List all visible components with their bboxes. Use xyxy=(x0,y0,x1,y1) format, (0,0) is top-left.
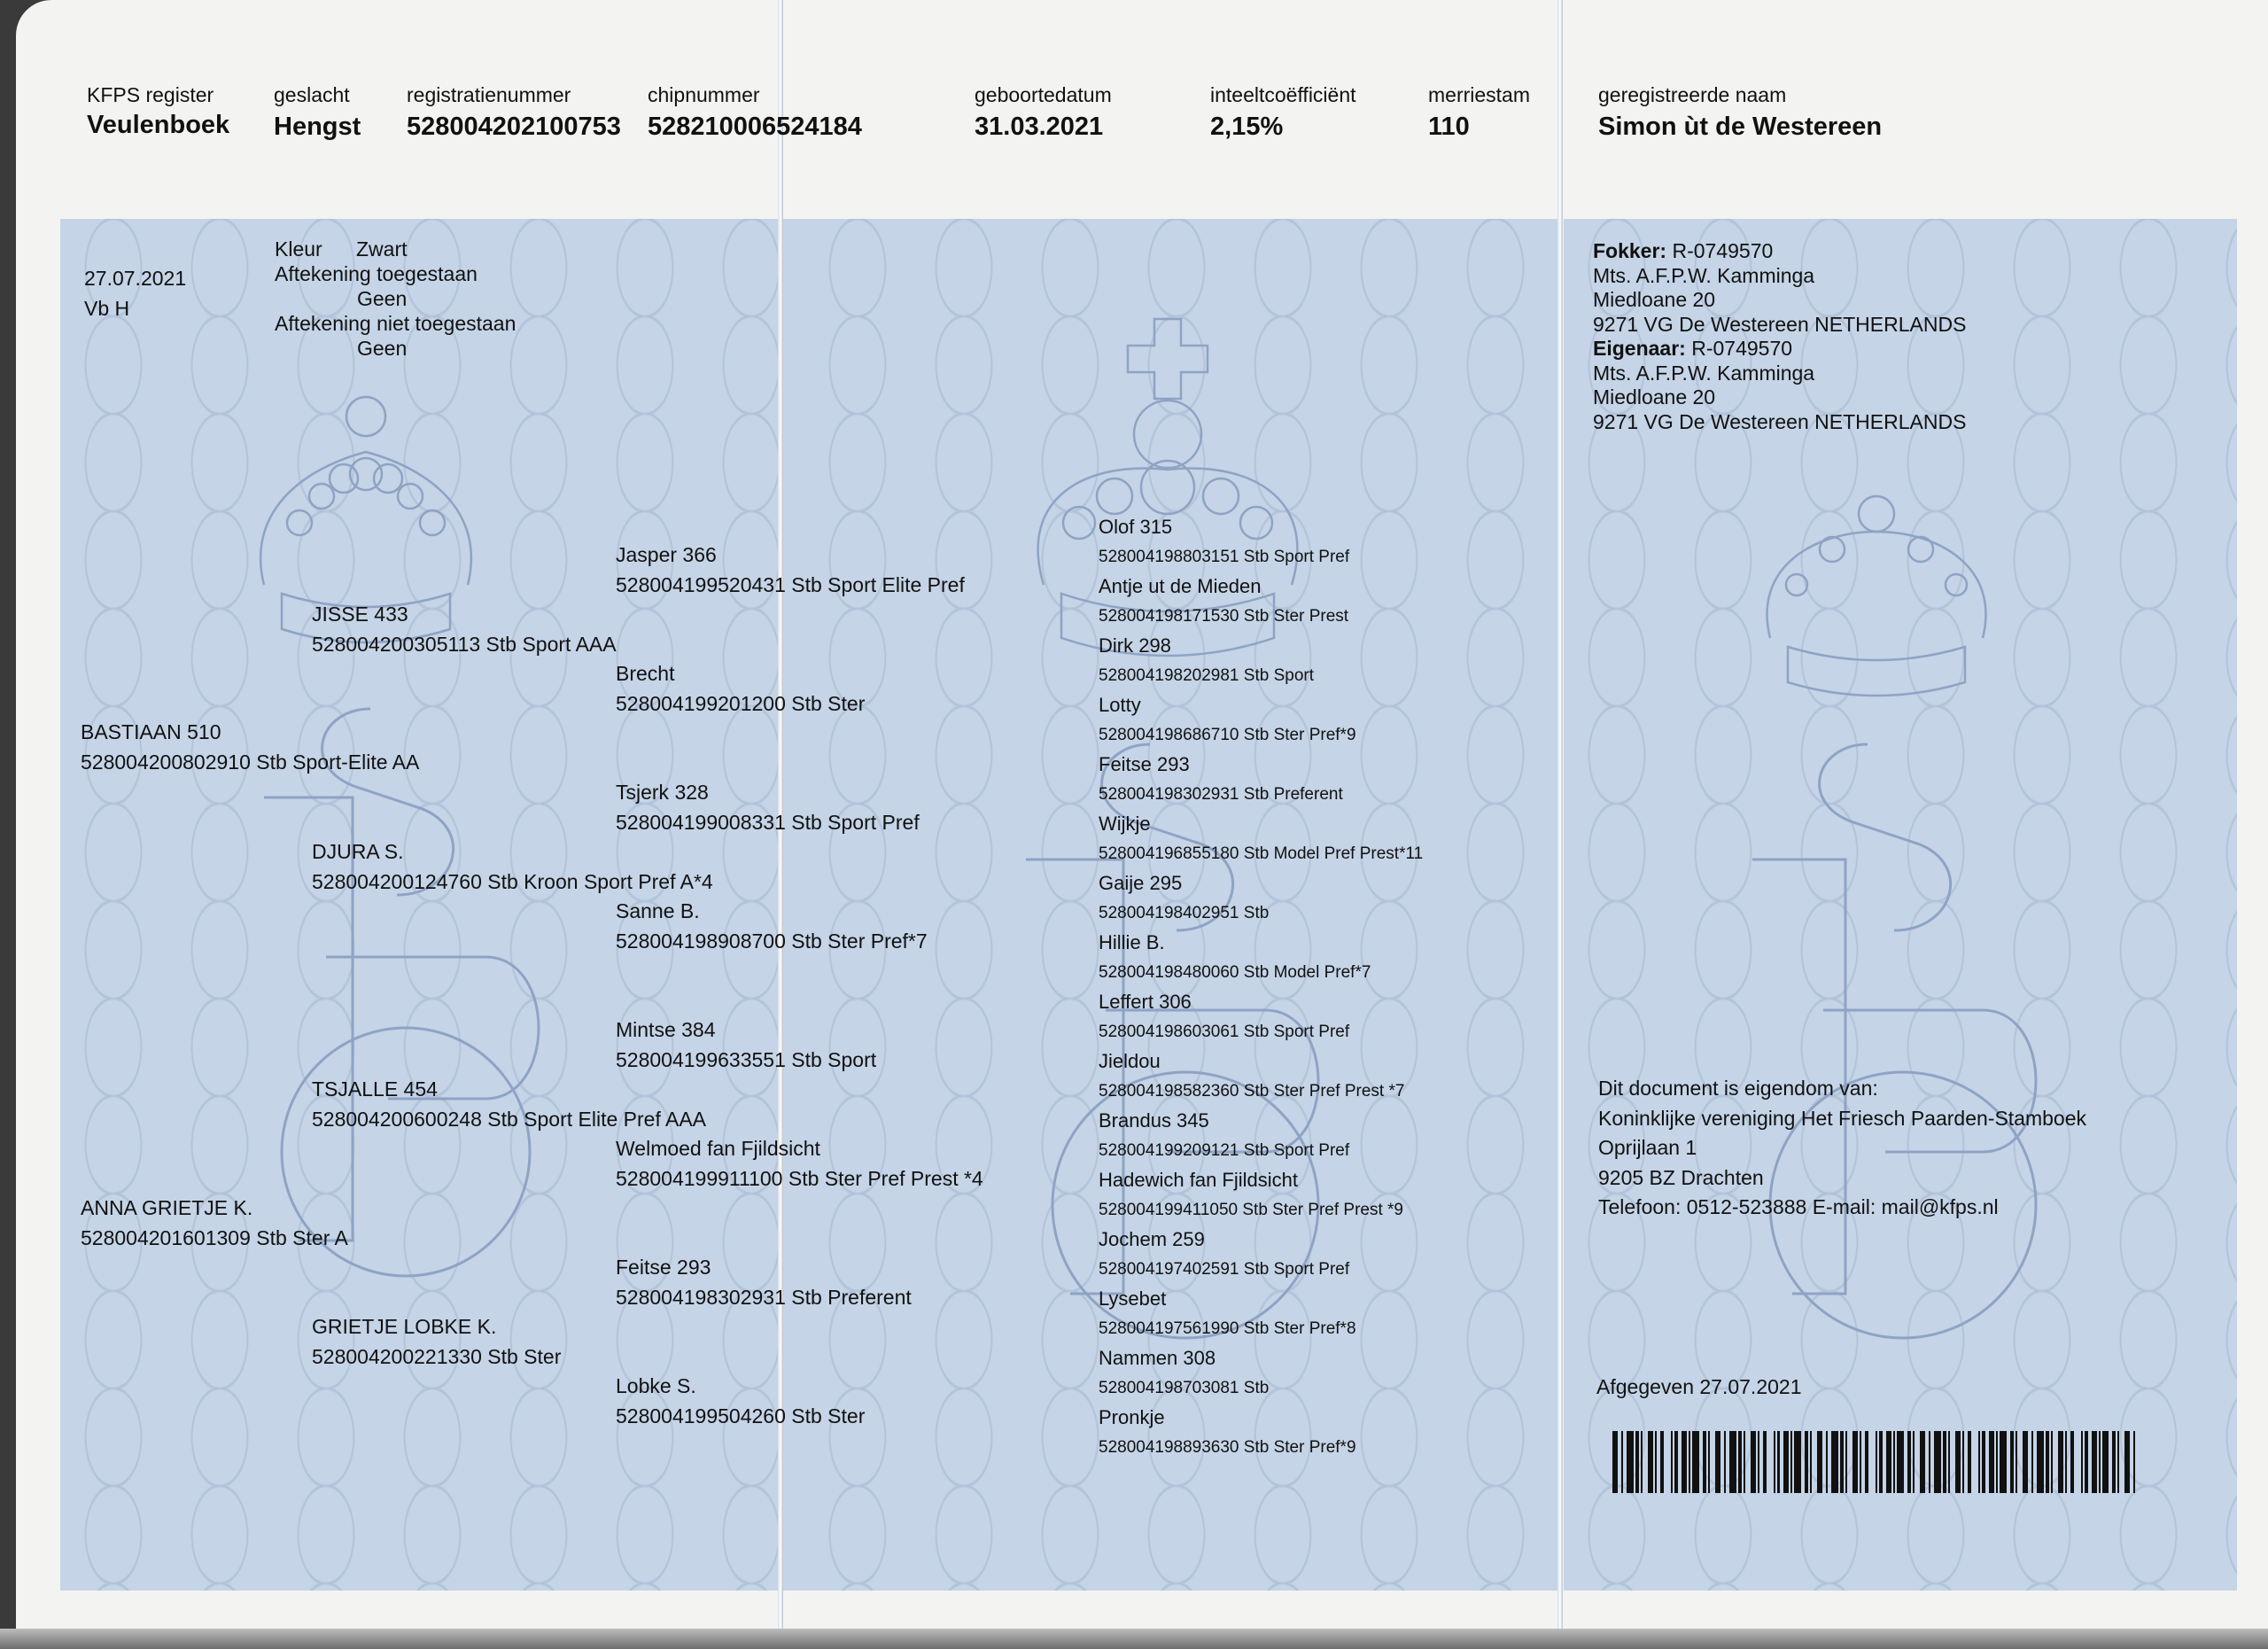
gen3-name: Mintse 384 xyxy=(616,1020,716,1040)
gen2-code: 528004200600248 Stb Sport Elite Pref AAA xyxy=(312,1109,706,1130)
gen4-name: Jochem 259 xyxy=(1099,1225,1423,1255)
birthdate-label: geboortedatum xyxy=(975,85,1112,105)
gen4-name: Wijkje xyxy=(1099,809,1423,839)
gen2-name: DJURA S. xyxy=(312,842,404,862)
owner-name: Mts. A.F.P.W. Kamminga xyxy=(1593,362,1966,386)
gen4-code: 528004198302931 Stb Preferent xyxy=(1099,780,1423,810)
gen4-code: 528004199411050 Stb Ster Pref Prest *9 xyxy=(1099,1195,1423,1225)
gen4-name: Lysebet xyxy=(1099,1284,1423,1314)
ownership-line: Dit document is eigendom van: xyxy=(1598,1074,2086,1104)
ownership-block: Dit document is eigendom van: Koninklijk… xyxy=(1598,1074,2086,1223)
sire-code: 528004200802910 Stb Sport-Elite AA xyxy=(81,752,419,773)
gen3-code: 528004199008331 Stb Sport Pref xyxy=(616,813,920,833)
gen4-name: Lotty xyxy=(1099,690,1423,720)
gen4-code: 528004197402591 Stb Sport Pref xyxy=(1099,1255,1423,1285)
gen4-name: Feitse 293 xyxy=(1099,750,1423,780)
gen4-code: 528004198603061 Stb Sport Pref xyxy=(1099,1017,1423,1047)
breeder-name: Mts. A.F.P.W. Kamminga xyxy=(1593,264,1966,289)
gen2-code: 528004200305113 Stb Sport AAA xyxy=(312,634,617,655)
gen4-name: Antje ut de Mieden xyxy=(1099,572,1423,602)
passport-document: KFPS register Veulenboek geslacht Hengst… xyxy=(16,0,2268,1629)
gen4-code: 528004198202981 Stb Sport xyxy=(1099,661,1423,691)
gen4-code: 528004198480060 Stb Model Pref*7 xyxy=(1099,958,1423,988)
owner-label: Eigenaar: xyxy=(1593,337,1686,360)
gen2-code: 528004200221330 Stb Ster xyxy=(312,1347,561,1367)
gen2-name: TSJALLE 454 xyxy=(312,1079,438,1100)
markings-not-allowed-label: Aftekening niet toegestaan xyxy=(275,314,516,334)
gen2-name: JISSE 433 xyxy=(312,604,408,625)
ownership-contact: Telefoon: 0512-523888 E-mail: mail@kfps.… xyxy=(1598,1193,2086,1223)
gen4-list: Olof 315528004198803151 Stb Sport PrefAn… xyxy=(1099,512,1423,1462)
inbreeding-label: inteeltcoëfficiënt xyxy=(1210,85,1356,105)
gen4-name: Jieldou xyxy=(1099,1046,1423,1077)
gen4-code: 528004198582360 Stb Ster Pref Prest *7 xyxy=(1099,1077,1423,1107)
gen3-code: 528004198302931 Stb Preferent xyxy=(616,1287,912,1308)
breeder-city: 9271 VG De Westereen NETHERLANDS xyxy=(1593,313,1966,338)
markings-not-allowed-value: Geen xyxy=(357,338,407,359)
gen4-name: Hillie B. xyxy=(1099,928,1423,958)
chip-value: 528210006524184 xyxy=(648,114,862,140)
gen3-code: 528004199201200 Stb Ster xyxy=(616,694,865,714)
gen4-name: Nammen 308 xyxy=(1099,1343,1423,1373)
gen3-name: Feitse 293 xyxy=(616,1257,711,1278)
gen4-name: Leffert 306 xyxy=(1099,987,1423,1017)
ownership-line: 9205 BZ Drachten xyxy=(1598,1163,2086,1194)
gen2-name: GRIETJE LOBKE K. xyxy=(312,1317,496,1337)
chip-label: chipnummer xyxy=(648,85,760,105)
passport-code: Vb H xyxy=(84,299,129,319)
gen3-code: 528004199911100 Stb Ster Pref Prest *4 xyxy=(616,1169,983,1189)
sex-value: Hengst xyxy=(274,114,361,140)
registered-name-value: Simon ùt de Westereen xyxy=(1598,114,1882,140)
ownership-line: Koninklijke vereniging Het Friesch Paard… xyxy=(1598,1104,2086,1134)
scanner-edge xyxy=(0,1629,2268,1649)
gen3-name: Tsjerk 328 xyxy=(616,782,709,803)
color-label: Kleur xyxy=(275,239,322,260)
gen4-name: Hadewich fan Fjildsicht xyxy=(1099,1165,1423,1195)
gen3-code: 528004198908700 Stb Ster Pref*7 xyxy=(616,931,928,952)
gen4-code: 528004196855180 Stb Model Pref Prest*11 xyxy=(1099,839,1423,869)
gen3-code: 528004199520431 Stb Sport Elite Pref xyxy=(616,575,965,595)
gen4-code: 528004198686710 Stb Ster Pref*9 xyxy=(1099,720,1423,751)
gen4-name: Gaije 295 xyxy=(1099,868,1423,898)
markings-allowed-value: Geen xyxy=(357,289,407,309)
gen4-code: 528004198803151 Stb Sport Pref xyxy=(1099,542,1423,572)
breeder-street: Miedloane 20 xyxy=(1593,288,1966,313)
sire-name: BASTIAAN 510 xyxy=(81,722,221,743)
reg-number-label: registratienummer xyxy=(407,85,571,105)
gen2-code: 528004200124760 Stb Kroon Sport Pref A*4 xyxy=(312,872,713,892)
birthdate-value: 31.03.2021 xyxy=(975,114,1103,140)
damline-label: merriestam xyxy=(1428,85,1530,105)
sex-label: geslacht xyxy=(274,85,350,105)
gen3-name: Welmoed fan Fjildsicht xyxy=(616,1139,820,1159)
gen3-code: 528004199633551 Stb Sport xyxy=(616,1050,876,1070)
gen3-name: Lobke S. xyxy=(616,1376,696,1396)
breeder-owner-block: Fokker: R-0749570 Mts. A.F.P.W. Kamminga… xyxy=(1593,239,1966,434)
gen4-name: Pronkje xyxy=(1099,1403,1423,1433)
markings-allowed-label: Aftekening toegestaan xyxy=(275,264,478,284)
color-value: Zwart xyxy=(356,239,408,260)
owner-street: Miedloane 20 xyxy=(1593,385,1966,410)
gen3-name: Jasper 366 xyxy=(616,545,717,565)
barcode xyxy=(1612,1431,2139,1493)
gen4-name: Brandus 345 xyxy=(1099,1106,1423,1136)
register-label: KFPS register xyxy=(87,85,214,105)
dam-name: ANNA GRIETJE K. xyxy=(81,1198,252,1218)
inbreeding-value: 2,15% xyxy=(1210,114,1283,140)
gen3-name: Brecht xyxy=(616,664,674,684)
gen3-code: 528004199504260 Stb Ster xyxy=(616,1406,865,1427)
reg-number-value: 528004202100753 xyxy=(407,114,621,140)
gen4-code: 528004198402951 Stb xyxy=(1099,898,1423,929)
gen4-name: Olof 315 xyxy=(1099,512,1423,542)
breeder-id: R-0749570 xyxy=(1672,239,1773,262)
owner-city: 9271 VG De Westereen NETHERLANDS xyxy=(1593,410,1966,435)
gen4-code: 528004198171530 Stb Ster Prest xyxy=(1099,602,1423,632)
dam-code: 528004201601309 Stb Ster A xyxy=(81,1228,348,1248)
ownership-line: Oprijlaan 1 xyxy=(1598,1133,2086,1163)
passport-date: 27.07.2021 xyxy=(84,268,186,289)
gen4-code: 528004199209121 Stb Sport Pref xyxy=(1099,1136,1423,1166)
fold-line-2 xyxy=(1557,0,1563,1629)
gen4-code: 528004198703081 Stb xyxy=(1099,1373,1423,1404)
gen3-name: Sanne B. xyxy=(616,901,700,922)
owner-id: R-0749570 xyxy=(1691,337,1792,360)
gen4-code: 528004197561990 Stb Ster Pref*8 xyxy=(1099,1314,1423,1344)
registered-name-label: geregistreerde naam xyxy=(1598,85,1786,105)
register-value: Veulenboek xyxy=(87,113,229,138)
gen4-code: 528004198893630 Stb Ster Pref*9 xyxy=(1099,1433,1423,1463)
issued-date: Afgegeven 27.07.2021 xyxy=(1596,1377,1801,1397)
breeder-label: Fokker: xyxy=(1593,239,1666,262)
gen4-name: Dirk 298 xyxy=(1099,631,1423,661)
damline-value: 110 xyxy=(1428,114,1470,140)
